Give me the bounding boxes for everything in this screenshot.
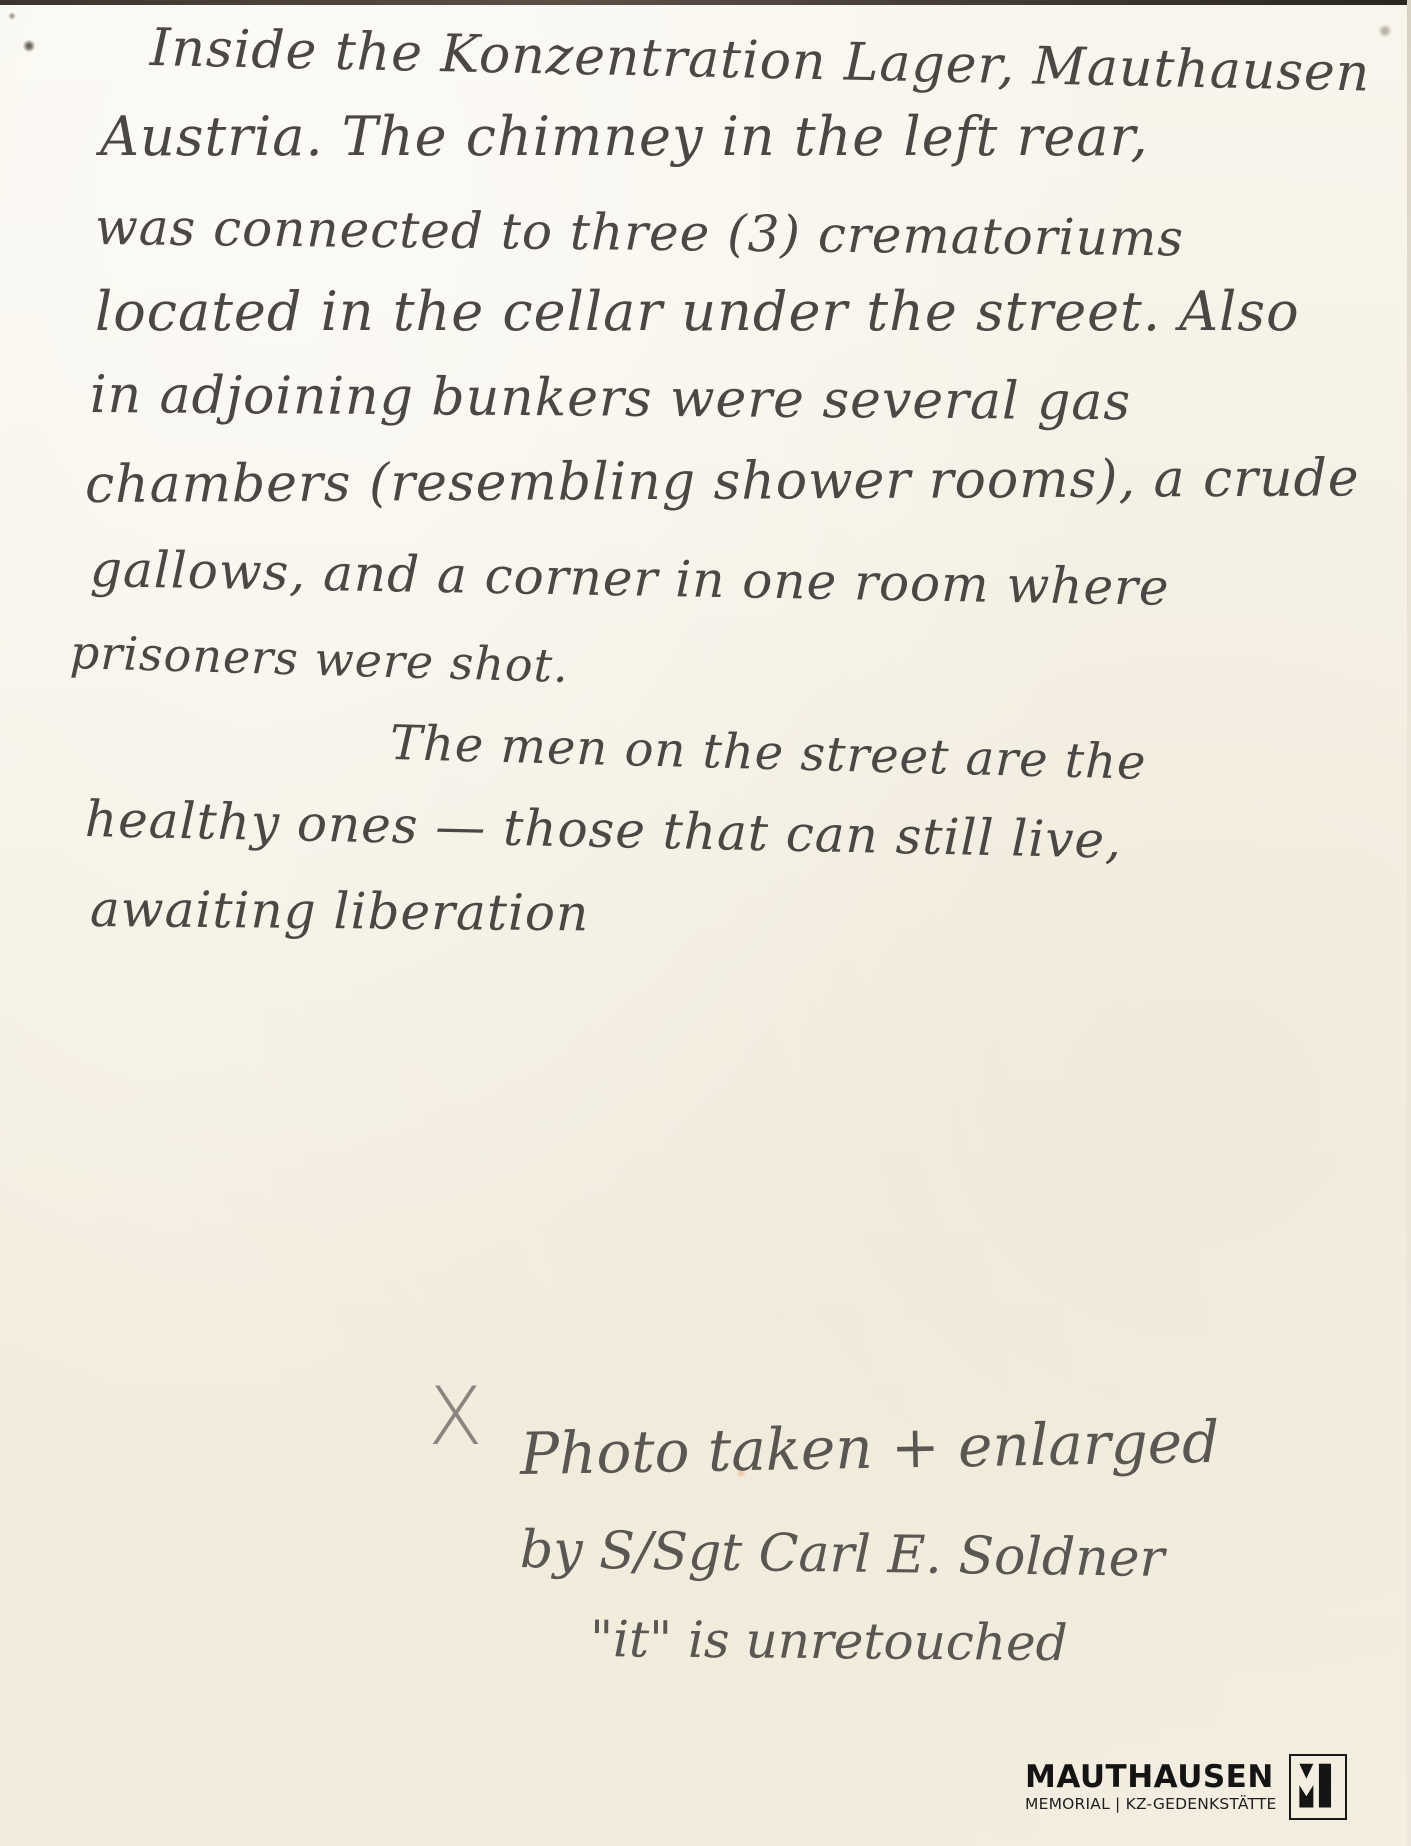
- caption-line: was connected to three (3) crematoriums: [95, 198, 1185, 267]
- caption-line: Austria. The chimney in the left rear,: [100, 105, 1149, 168]
- caption-line: prisoners were shot.: [69, 625, 569, 693]
- document-page: Inside the Konzentration Lager, Mauthaus…: [0, 0, 1411, 1846]
- caption-line: Inside the Konzentration Lager, Mauthaus…: [149, 18, 1371, 104]
- caption-line: The men on the street are the: [389, 715, 1147, 791]
- logo-title: MAUTHAUSEN: [1025, 1760, 1274, 1794]
- caption-line: in adjoining bunkers were several gas: [90, 365, 1132, 432]
- mauthausen-m-logo-icon: [1289, 1754, 1347, 1820]
- photographer-signature: by S/Sgt Carl E. Soldner: [520, 1520, 1165, 1589]
- x-mark: X: [428, 1370, 483, 1463]
- mauthausen-memorial-watermark: MAUTHAUSEN MEMORIAL | KZ-GEDENKSTÄTTE: [1025, 1752, 1347, 1822]
- caption-line: chambers (resembling shower rooms), a cr…: [85, 448, 1360, 515]
- logo-text: MAUTHAUSEN MEMORIAL | KZ-GEDENKSTÄTTE: [1025, 1760, 1277, 1814]
- photographer-note-line: Photo taken + enlarged: [519, 1408, 1219, 1488]
- caption-line: healthy ones — those that can still live…: [84, 790, 1122, 870]
- caption-line: awaiting liberation: [90, 880, 590, 942]
- logo-subtitle: MEMORIAL | KZ-GEDENKSTÄTTE: [1025, 1794, 1277, 1814]
- caption-line: gallows, and a corner in one room where: [89, 540, 1170, 617]
- caption-line: located in the cellar under the street. …: [95, 280, 1300, 343]
- photographer-note-line: "it" is unretouched: [590, 1610, 1068, 1672]
